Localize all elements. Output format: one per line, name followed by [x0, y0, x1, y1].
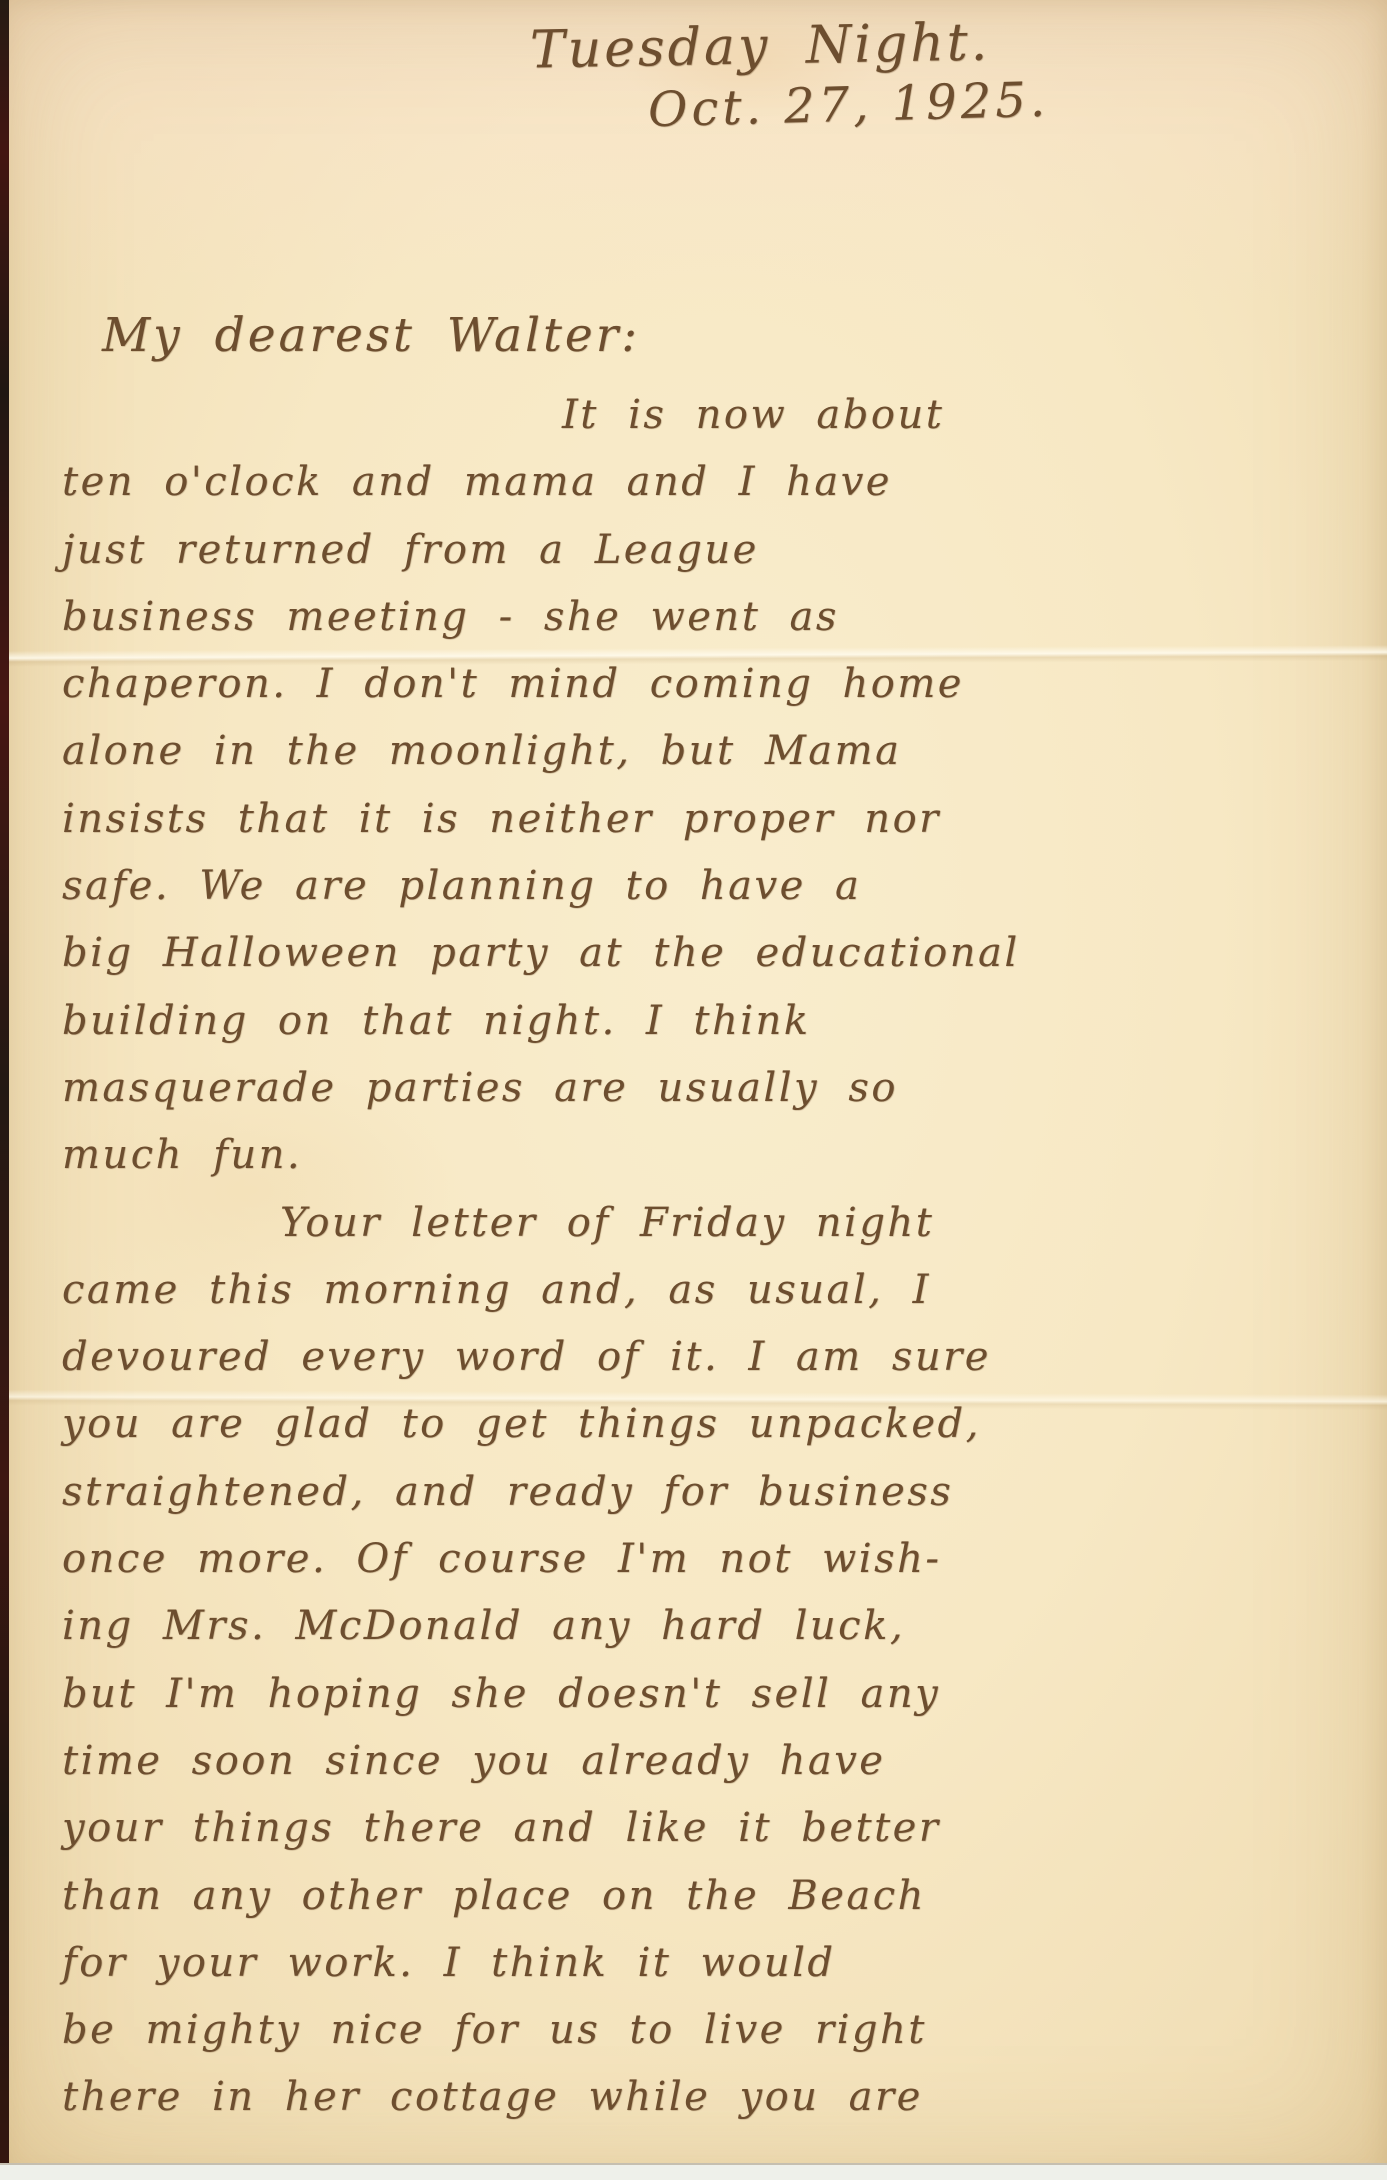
letter-line: alone in the moonlight, but Mama [62, 728, 1357, 795]
date-full: Oct. 27, 1925. [647, 72, 1049, 139]
scan-left-edge [0, 0, 9, 2180]
letter-line: your things there and like it better [62, 1805, 1357, 1872]
letter-line: than any other place on the Beach [62, 1873, 1357, 1940]
letter-line: Your letter of Friday night [62, 1200, 1357, 1267]
letter-line: once more. Of course I'm not wish- [62, 1536, 1357, 1603]
letter-line: big Halloween party at the educational [62, 930, 1357, 997]
letter-line: much fun. [62, 1132, 1357, 1199]
letter-line: but I'm hoping she doesn't sell any [62, 1671, 1357, 1738]
letter-line: business meeting - she went as [62, 594, 1357, 661]
letter-body: It is now about ten o'clock and mama and… [62, 392, 1357, 2142]
date-block: Tuesday Night. Oct. 27, 1925. [530, 16, 1049, 134]
letter-line: you are glad to get things unpacked, [62, 1401, 1357, 1468]
letter-line: time soon since you already have [62, 1738, 1357, 1805]
date-weekday: Tuesday Night. [530, 11, 1050, 81]
letter-line: building on that night. I think [62, 998, 1357, 1065]
letter-line: safe. We are planning to have a [62, 863, 1357, 930]
letter-line: came this morning and, as usual, I [62, 1267, 1357, 1334]
letter-line: masquerade parties are usually so [62, 1065, 1357, 1132]
letter-line: It is now about [62, 392, 1357, 459]
letter-line: there in her cottage while you are [62, 2074, 1357, 2141]
letter-line: devoured every word of it. I am sure [62, 1334, 1357, 1401]
letter-line: for your work. I think it would [62, 1940, 1357, 2007]
letter-scan-page: Tuesday Night. Oct. 27, 1925. My dearest… [0, 0, 1387, 2180]
scan-bottom-edge [0, 2163, 1387, 2180]
salutation: My dearest Walter: [102, 308, 640, 363]
letter-line: be mighty nice for us to live right [62, 2007, 1357, 2074]
letter-line: insists that it is neither proper nor [62, 796, 1357, 863]
letter-line: chaperon. I don't mind coming home [62, 661, 1357, 728]
letter-line: just returned from a League [62, 527, 1357, 594]
letter-line: straightened, and ready for business [62, 1469, 1357, 1536]
letter-line: ten o'clock and mama and I have [62, 459, 1357, 526]
letter-line: ing Mrs. McDonald any hard luck, [62, 1603, 1357, 1670]
